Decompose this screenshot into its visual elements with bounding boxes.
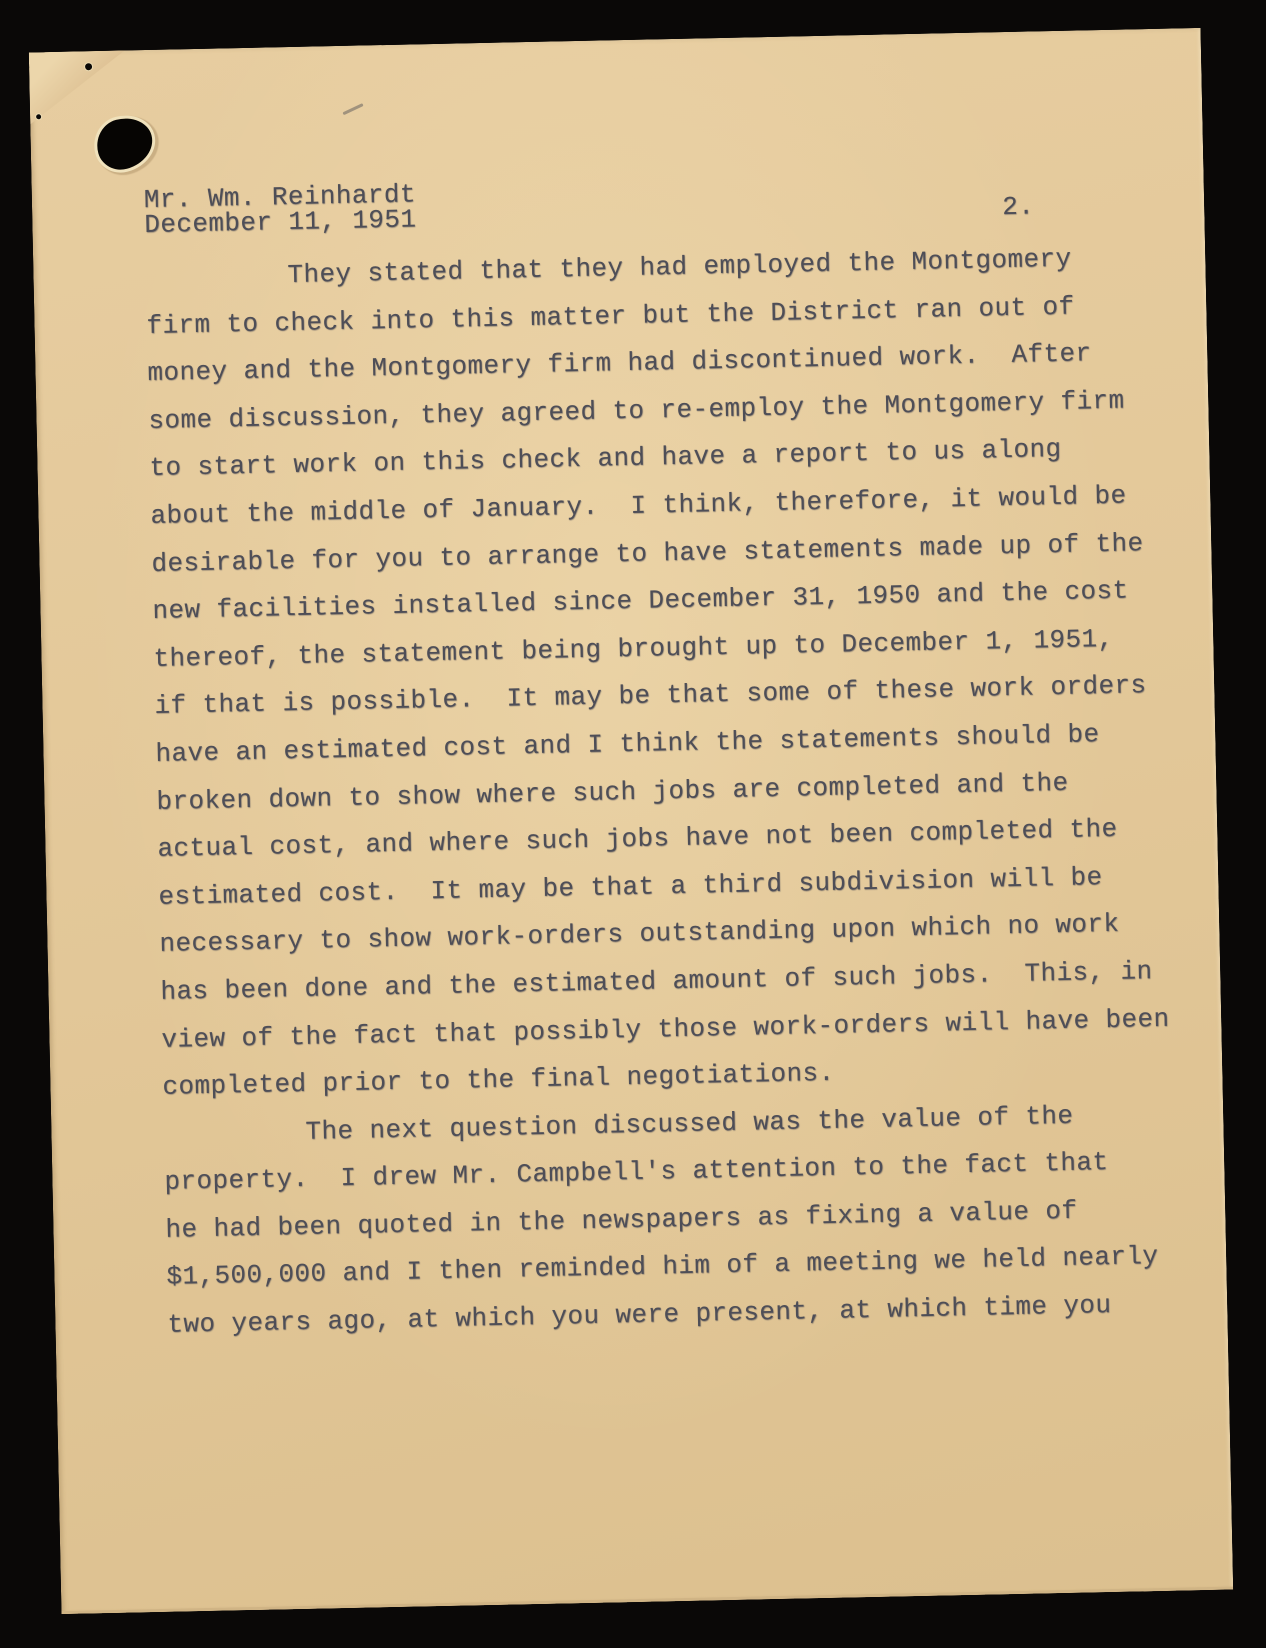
photo-background: Mr. Wm. Reinhardt December 11, 1951 2. T… xyxy=(0,0,1266,1648)
document-page: Mr. Wm. Reinhardt December 11, 1951 2. T… xyxy=(29,28,1233,1614)
punch-hole-dot xyxy=(36,114,41,119)
paragraph: The next question discussed was the valu… xyxy=(163,1090,1198,1349)
letter-body: They stated that they had employed the M… xyxy=(145,233,1198,1349)
letter-content: Mr. Wm. Reinhardt December 11, 1951 2. T… xyxy=(144,166,1198,1349)
punch-hole-dot xyxy=(85,63,92,70)
page-number: 2. xyxy=(1002,194,1035,220)
paragraph: They stated that they had employed the M… xyxy=(145,233,1193,1111)
